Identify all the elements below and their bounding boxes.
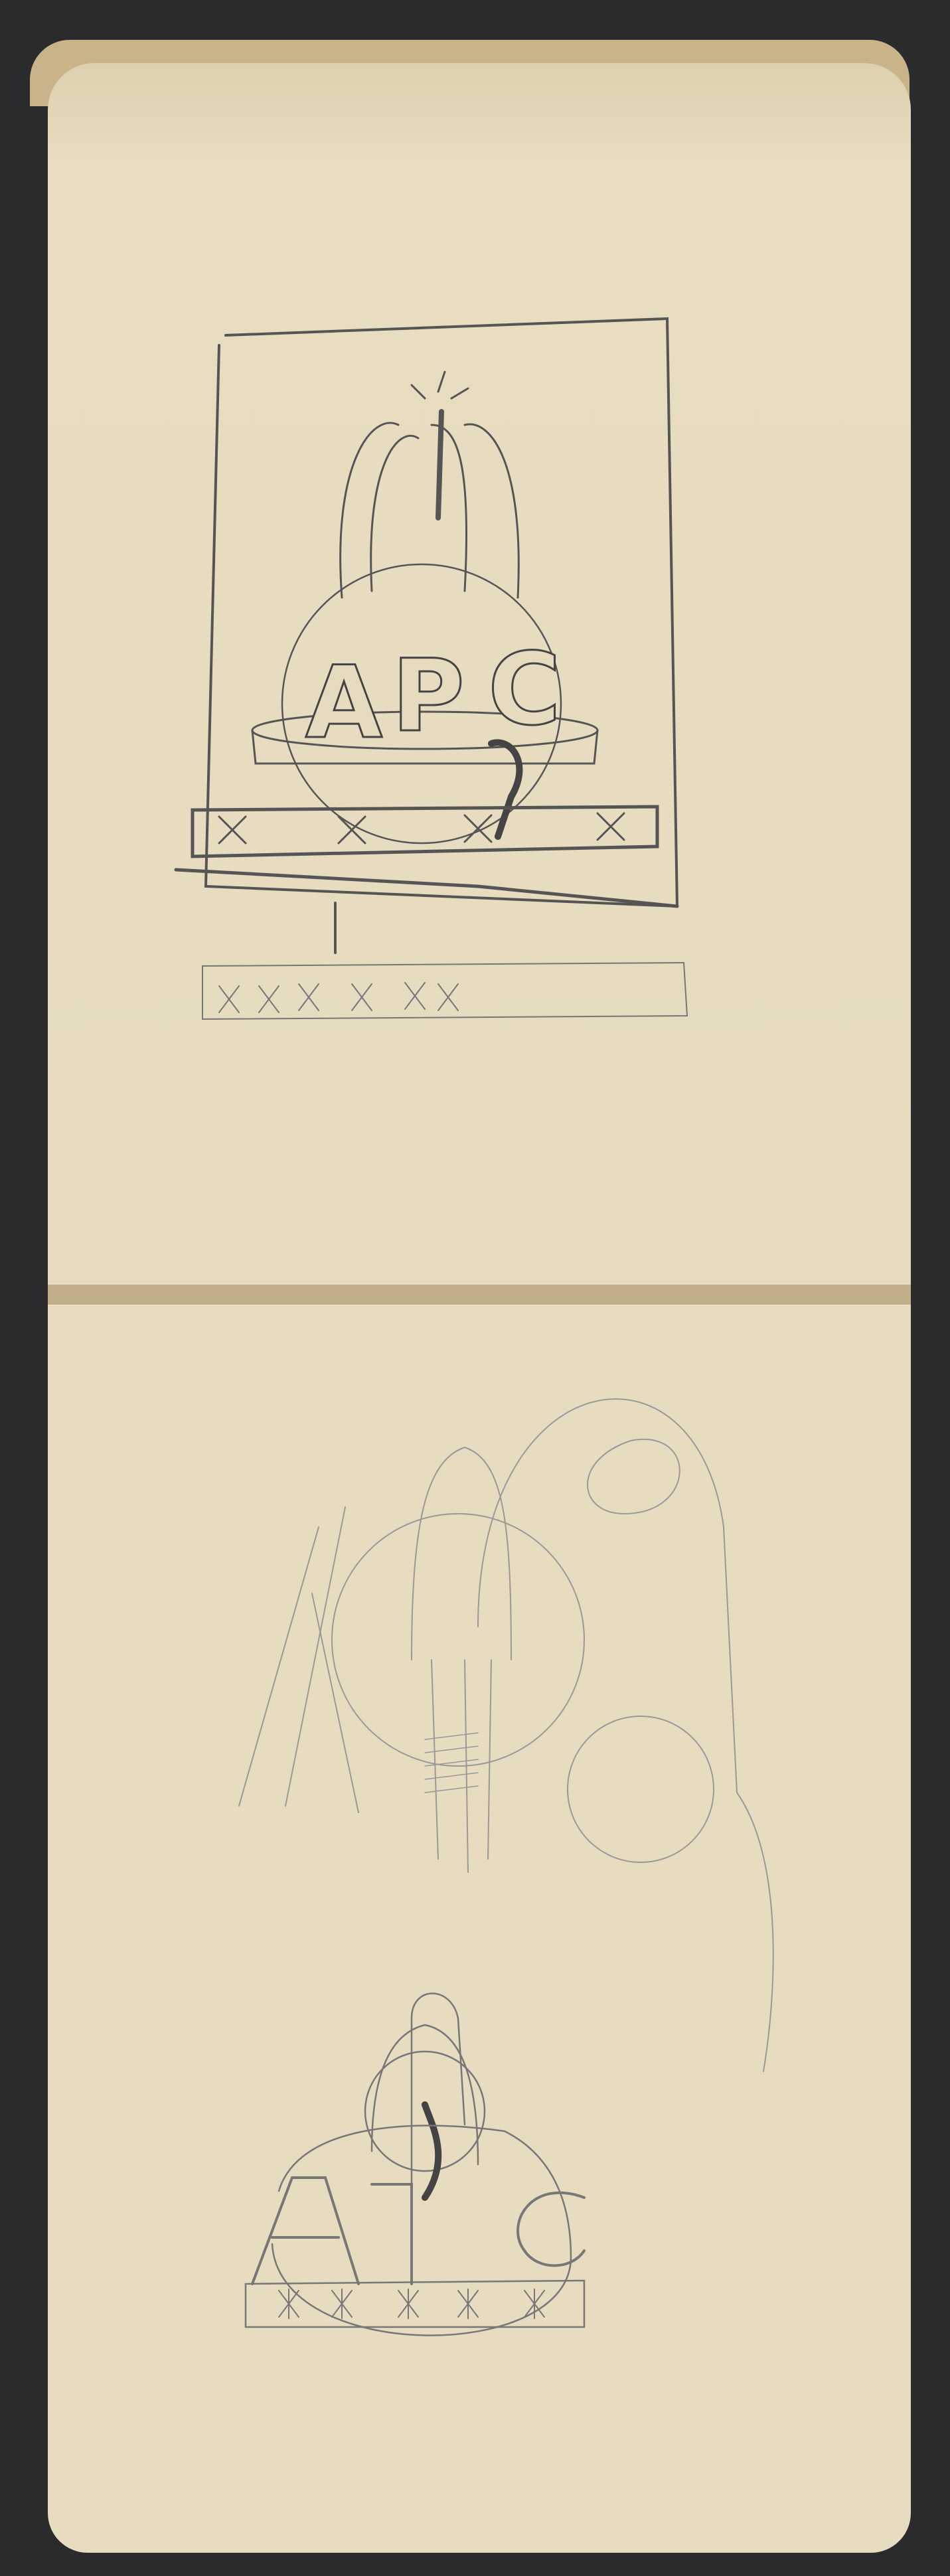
top-fountain-logo-sketch: A P C	[176, 319, 687, 1019]
svg-text:A: A	[305, 645, 382, 761]
svg-text:C: C	[488, 632, 561, 748]
bottom-faint-study-sketch	[239, 1399, 773, 2071]
svg-text:P: P	[392, 639, 465, 754]
pencil-sketches: A P C	[0, 0, 950, 2576]
bottom-apc-study-sketch	[246, 1994, 584, 2336]
